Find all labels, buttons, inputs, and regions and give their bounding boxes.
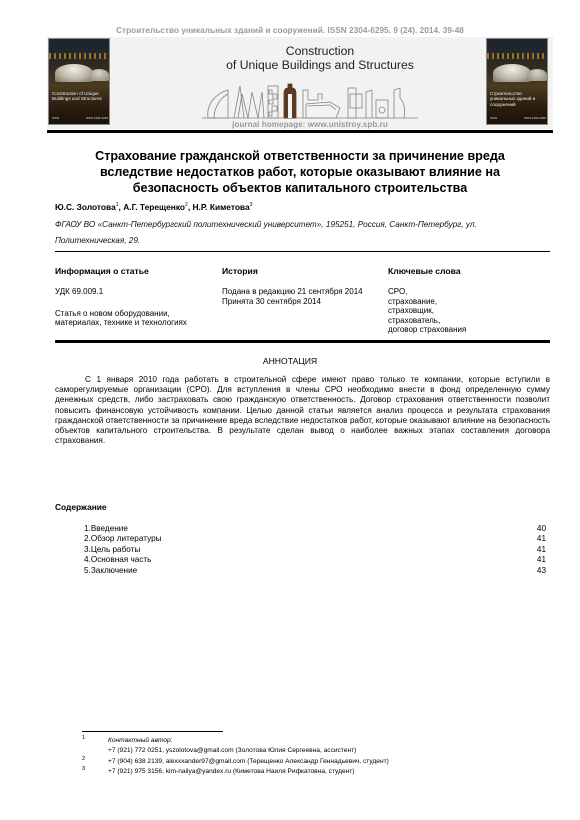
toc-item-label: 1.Введение	[84, 524, 128, 534]
toc-item-page: 41	[537, 534, 546, 544]
running-head: Строительство уникальных зданий и сооруж…	[0, 26, 580, 35]
history-column: История Подана в редакцию 21 сентября 20…	[222, 266, 387, 312]
footnote: 3 +7 (921) 975 3156, kim-nailya@yandex.r…	[82, 767, 552, 777]
footnotes: 1 Контактный автор: +7 (921) 772 0251, y…	[82, 736, 552, 777]
keyword: страхователь,	[388, 316, 548, 326]
journal-title-line1: Construction	[200, 44, 440, 58]
toc-item-page: 41	[537, 545, 546, 555]
abstract-text: С 1 января 2010 года работать в строител…	[55, 375, 550, 446]
footnote-number: 2	[82, 754, 108, 764]
keywords-column: Ключевые слова СРО, страхование, страхов…	[388, 266, 548, 335]
dome-building-icon	[55, 64, 93, 82]
cover-footer: ISSN ISSN 2304-6295	[52, 116, 108, 120]
footnote-text: +7 (921) 772 0251, yszolotova@gmail.com …	[108, 746, 552, 756]
footnote-text: +7 (904) 638 2139, alexxxander97@gmail.c…	[108, 757, 552, 767]
journal-title: Construction of Unique Buildings and Str…	[200, 44, 440, 72]
city-lights	[49, 53, 109, 59]
article-title: Страхование гражданской ответственности …	[60, 148, 540, 196]
article-type: Статья о новом оборудовании, материалах,…	[55, 309, 215, 328]
author-name: Ю.С. Золотова	[55, 202, 116, 212]
udk-code: УДК 69.009.1	[55, 287, 215, 297]
affiliation: ФГАОУ ВО «Санкт-Петербургский политехнич…	[55, 217, 550, 249]
footnote-text: +7 (921) 975 3156, kim-nailya@yandex.ru …	[108, 767, 552, 777]
toc-item-page: 43	[537, 566, 546, 576]
author-name: Н.Р. Киметова	[192, 202, 249, 212]
dome-building-icon	[493, 64, 531, 82]
toc-item[interactable]: 2.Обзор литературы 41	[84, 534, 546, 544]
cover-foot-right: ISSN 2304-6295	[524, 116, 546, 120]
skyline-logo-icon	[200, 76, 420, 120]
info-top-divider	[55, 251, 550, 252]
history-heading: История	[222, 266, 387, 276]
dome-building-icon	[527, 69, 547, 81]
toc-item[interactable]: 4.Основная часть 41	[84, 555, 546, 565]
toc-item-label: 2.Обзор литературы	[84, 534, 162, 544]
toc-item-label: 4.Основная часть	[84, 555, 151, 565]
cover-image-english: Construction of Unique Buildings and Str…	[48, 38, 110, 125]
keyword: СРО,	[388, 287, 548, 297]
author-list: Ю.С. Золотова1, А.Г. Терещенко2, Н.Р. Ки…	[55, 202, 252, 212]
toc-item-label: 5.Заключение	[84, 566, 137, 576]
cover-foot-left: ISSN	[52, 116, 59, 120]
toc-item[interactable]: 1.Введение 40	[84, 524, 546, 534]
author-name: А.Г. Терещенко	[123, 202, 185, 212]
info-bottom-divider	[55, 340, 550, 343]
table-of-contents: 1.Введение 40 2.Обзор литературы 41 3.Це…	[84, 524, 546, 576]
contact-author-label: Контактный автор:	[108, 736, 552, 746]
cover-title: Construction of Unique Buildings and Str…	[52, 91, 110, 102]
keywords-heading: Ключевые слова	[388, 266, 548, 276]
cover-image-russian: Строительство уникальных зданий и сооруж…	[486, 38, 548, 125]
toc-item[interactable]: 3.Цель работы 41	[84, 545, 546, 555]
footnote-divider	[82, 731, 223, 732]
accepted-date: Принята 30 сентября 2014	[222, 297, 387, 307]
toc-item[interactable]: 5.Заключение 43	[84, 566, 546, 576]
toc-item-page: 41	[537, 555, 546, 565]
article-info-heading: Информация о статье	[55, 266, 215, 276]
author-footnote-mark: 3	[250, 202, 253, 208]
journal-title-line2: of Unique Buildings and Structures	[200, 58, 440, 72]
cover-title: Строительство уникальных зданий и сооруж…	[490, 91, 548, 107]
banner-divider	[47, 130, 553, 133]
footnote: +7 (921) 772 0251, yszolotova@gmail.com …	[82, 746, 552, 756]
keyword: страхование,	[388, 297, 548, 307]
keyword: страховщик,	[388, 306, 548, 316]
footnote-number: 1	[82, 733, 108, 743]
city-lights	[487, 53, 547, 59]
toc-item-page: 40	[537, 524, 546, 534]
dome-building-icon	[89, 69, 109, 81]
cover-footer: ISSN ISSN 2304-6295	[490, 116, 546, 120]
author-footnote-mark: 2	[185, 202, 188, 208]
toc-heading: Содержание	[55, 502, 107, 512]
abstract-heading: АННОТАЦИЯ	[0, 356, 580, 366]
footnote: 2 +7 (904) 638 2139, alexxxander97@gmail…	[82, 757, 552, 767]
footnote: 1 Контактный автор:	[82, 736, 552, 746]
toc-item-label: 3.Цель работы	[84, 545, 140, 555]
journal-homepage: journal homepage: www.unistroy.spb.ru	[200, 120, 420, 129]
footnote-number: 3	[82, 764, 108, 774]
author-footnote-mark: 1	[116, 202, 119, 208]
cover-foot-right: ISSN 2304-6295	[86, 116, 108, 120]
submitted-date: Подана в редакцию 21 сентября 2014	[222, 287, 387, 297]
keyword: договор страхования	[388, 325, 548, 335]
article-info-column: Информация о статье УДК 69.009.1 Статья …	[55, 266, 215, 334]
cover-foot-left: ISSN	[490, 116, 497, 120]
